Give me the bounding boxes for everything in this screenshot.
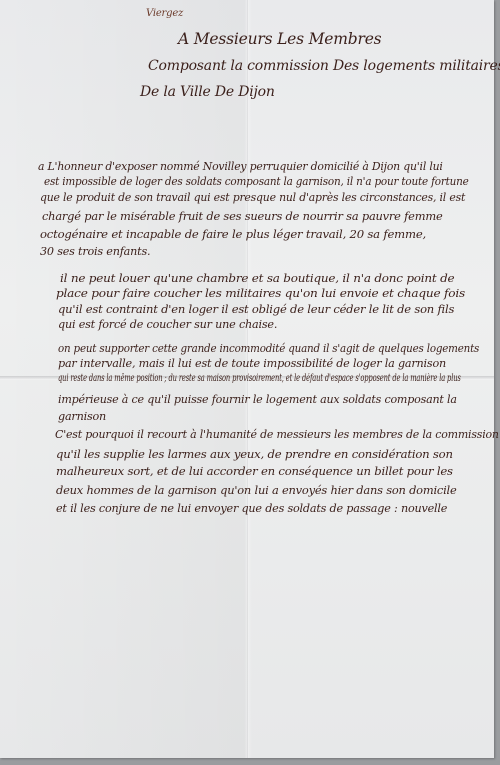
body-line: que le produit de son travail qui est pr… [40,191,465,204]
body-line: a L'honneur d'exposer nommé Novilley per… [38,160,443,173]
body-line: qu'il les supplie les larmes aux yeux, d… [56,448,453,461]
body-line: impérieuse à ce qu'il puisse fournir le … [58,393,457,406]
body-line: 30 ses trois enfants. [40,245,150,258]
manuscript-page: Viergez A Messieurs Les Membres Composan… [0,0,494,758]
body-line: par intervalle, mais il lui est de toute… [58,357,446,370]
body-line: C'est pourquoi il recourt à l'humanité d… [55,428,499,441]
body-line: qui reste dans la même position ; du res… [58,373,461,384]
body-line: il ne peut louer qu'une chambre et sa bo… [60,272,454,285]
body-line: place pour faire coucher les militaires … [56,287,465,300]
body-line: qu'il est contraint d'en loger il est ob… [58,303,454,316]
body-line: malheureux sort, et de lui accorder en c… [56,465,453,478]
body-line: on peut supporter cette grande incommodi… [58,342,479,355]
body-line: chargé par le misérable fruit de ses sue… [42,210,443,223]
body-line: et il les conjure de ne lui envoyer que … [56,502,447,515]
corner-annotation: Viergez [146,8,183,19]
body-line: deux hommes de la garnison qu'on lui a e… [56,484,457,497]
body-line: octogénaire et incapable de faire le plu… [40,228,426,241]
address-line-2: Composant la commission Des logements mi… [148,58,500,74]
body-line: est impossible de loger des soldats comp… [44,175,469,188]
address-line-1: A Messieurs Les Membres [178,30,381,48]
body-line: garnison [58,410,106,423]
address-line-3: De la Ville De Dijon [140,84,275,100]
body-line: qui est forcé de coucher sur une chaise. [58,318,277,331]
